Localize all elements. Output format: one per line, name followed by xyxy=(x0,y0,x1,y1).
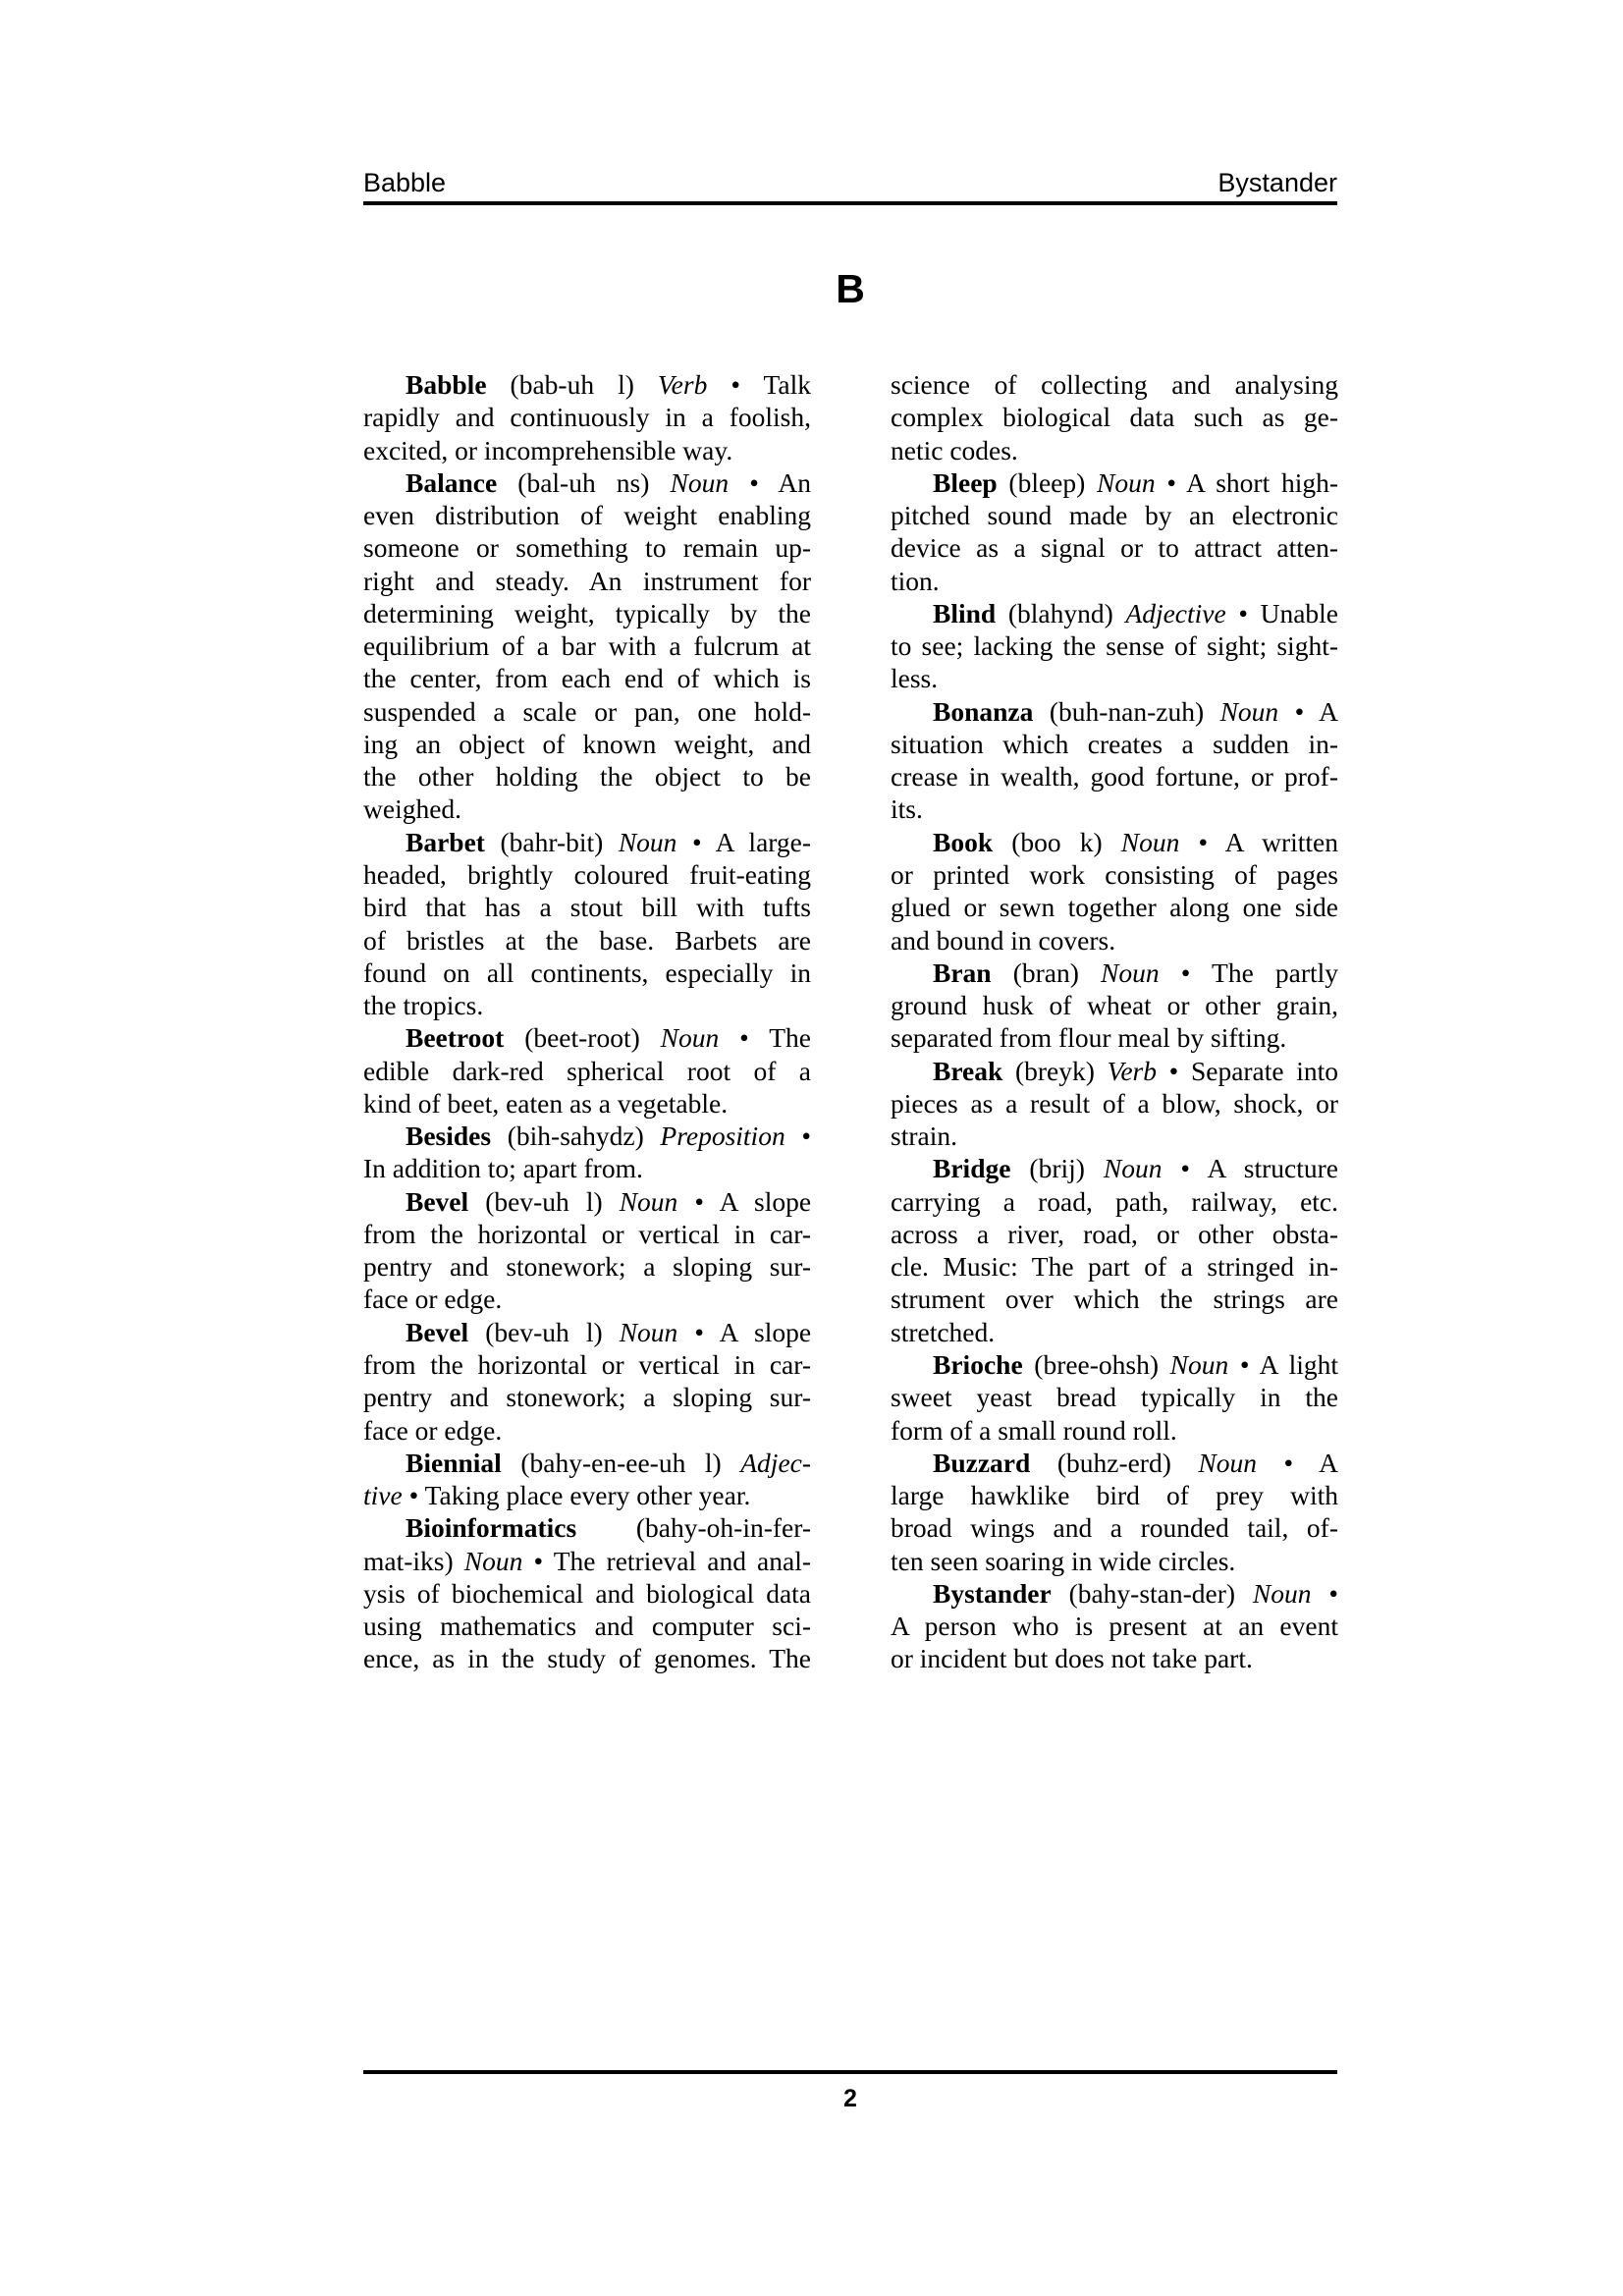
definition-text: Taking place every other year. xyxy=(425,1480,751,1510)
entry-first-line: Bevel (bev-uh l) Noun • A slope xyxy=(363,1185,811,1218)
part-of-speech: Noun xyxy=(1253,1578,1312,1609)
definition-text: broad wings and a rounded tail, of- xyxy=(891,1512,1338,1543)
header-rule xyxy=(363,201,1337,205)
definition-text: Separate into xyxy=(1191,1056,1338,1086)
entry-text-line: carrying a road, path, railway, etc. xyxy=(891,1185,1338,1218)
definition-text: ence, as in the study of genomes. The xyxy=(363,1643,811,1673)
part-of-speech: Noun xyxy=(1097,467,1156,498)
entry-text-line: ysis of biochemical and biological data xyxy=(363,1577,811,1610)
entry-text-line: device as a signal or to attract atten- xyxy=(891,531,1338,564)
headword: Brioche xyxy=(933,1349,1023,1380)
bullet-separator: • xyxy=(1169,1056,1179,1086)
entry-text-line: the center, from each end of which is xyxy=(363,662,811,694)
definition-text: rapidly and continuously in a foolish, xyxy=(363,402,811,432)
entry-first-line: Bran (bran) Noun • The partly xyxy=(891,957,1338,989)
bullet-separator: • xyxy=(1240,1349,1250,1380)
bullet-separator: • xyxy=(409,1480,419,1510)
entry-first-line: Biennial (bahy-en-ee-uh l) Adjec- xyxy=(363,1447,811,1479)
definition-text: A structure xyxy=(1208,1153,1339,1183)
headword: Book xyxy=(933,827,993,857)
entry-first-line: Bleep (bleep) Noun • A short high- xyxy=(891,466,1338,499)
left-column: Babble (bab-uh l) Verb • Talkrapidly and… xyxy=(363,368,811,1675)
definition-text: The xyxy=(769,1022,811,1053)
headword: Buzzard xyxy=(933,1448,1030,1478)
entry-text-line: tion. xyxy=(891,565,1338,597)
definition-text: science of collecting and analysing xyxy=(891,369,1338,400)
definition-text: In addition to; apart from. xyxy=(363,1153,643,1183)
entry-text-line: someone or something to remain up- xyxy=(363,531,811,564)
part-of-speech: Noun xyxy=(661,1022,720,1053)
part-of-speech: Noun xyxy=(1104,1153,1163,1183)
part-of-speech: Noun xyxy=(1170,1349,1229,1380)
part-of-speech: Noun xyxy=(620,1317,678,1347)
bullet-separator: • xyxy=(801,1121,811,1151)
entry-text-line: weighed. xyxy=(363,793,811,825)
part-of-speech: Preposition xyxy=(660,1121,784,1151)
definition-text: carrying a road, path, railway, etc. xyxy=(891,1186,1338,1217)
part-of-speech: Noun xyxy=(671,467,730,498)
entry-first-line: Brioche (bree-ohsh) Noun • A light xyxy=(891,1348,1338,1381)
pronunciation: (buhz-erd) xyxy=(1057,1448,1171,1478)
bullet-separator: • xyxy=(1198,827,1208,857)
bullet-separator: • xyxy=(749,467,759,498)
bullet-separator: • xyxy=(1284,1448,1294,1478)
entry-text-line: crease in wealth, good fortune, or prof- xyxy=(891,760,1338,793)
definition-text: determining weight, typically by the xyxy=(363,598,811,629)
definition-text: kind of beet, eaten as a vegetable. xyxy=(363,1088,728,1119)
headword: Babble xyxy=(406,369,487,400)
entry-text-line: cle. Music: The part of a stringed in- xyxy=(891,1250,1338,1283)
definition-text: glued or sewn together along one side xyxy=(891,892,1338,922)
entry-text-line: pieces as a result of a blow, shock, or xyxy=(891,1087,1338,1120)
entry-text-line: science of collecting and analysing xyxy=(891,368,1338,401)
headword: Break xyxy=(933,1056,1002,1086)
definition-text: face or edge. xyxy=(363,1415,502,1446)
section-letter-heading: B xyxy=(363,267,1337,310)
header-first-word: Babble xyxy=(363,167,446,198)
definition-text: from the horizontal or vertical in car- xyxy=(363,1219,811,1249)
right-column: science of collecting and analysingcompl… xyxy=(891,368,1338,1675)
bullet-separator: • xyxy=(1181,957,1191,988)
definition-text: form of a small round roll. xyxy=(891,1415,1177,1446)
entry-text-line: netic codes. xyxy=(891,434,1338,466)
entry-text-line: situation which creates a sudden in- xyxy=(891,728,1338,760)
entry-first-line: Beetroot (beet-root) Noun • The xyxy=(363,1021,811,1054)
definition-text: using mathematics and computer sci- xyxy=(363,1611,811,1641)
entry-text-line: across a river, road, or other obsta- xyxy=(891,1218,1338,1250)
entry-first-line: Bonanza (buh-nan-zuh) Noun • A xyxy=(891,695,1338,728)
pronunciation: (beet-root) xyxy=(524,1022,640,1053)
entry-text-line: edible dark-red spherical root of a xyxy=(363,1055,811,1087)
definition-text: pentry and stonework; a sloping sur- xyxy=(363,1382,811,1412)
part-of-speech: Noun xyxy=(1121,827,1180,857)
entry-text-line: ground husk of wheat or other grain, xyxy=(891,989,1338,1021)
entry-first-line: Buzzard (buhz-erd) Noun • A xyxy=(891,1447,1338,1479)
entry-text-line: complex biological data such as ge- xyxy=(891,401,1338,433)
entry-text-line: its. xyxy=(891,793,1338,825)
definition-text: A light xyxy=(1260,1349,1338,1380)
pronunciation: (bahy-stan-der) xyxy=(1069,1578,1236,1609)
part-of-speech: Noun xyxy=(1198,1448,1257,1478)
pronunciation: (bih-sahydz) xyxy=(508,1121,644,1151)
definition-text: to see; lacking the sense of sight; sigh… xyxy=(891,630,1338,661)
definition-text: The retrieval and anal- xyxy=(554,1546,811,1576)
entry-text-line: face or edge. xyxy=(363,1283,811,1315)
entry-first-line: Book (boo k) Noun • A written xyxy=(891,826,1338,858)
entry-text-line: suspended a scale or pan, one hold- xyxy=(363,695,811,728)
headword: Bonanza xyxy=(933,696,1033,727)
pronunciation: (bev-uh l) xyxy=(485,1186,602,1217)
definition-text: stretched. xyxy=(891,1317,995,1347)
definition-text: the center, from each end of which is xyxy=(363,663,811,693)
part-of-speech: Noun xyxy=(1101,957,1160,988)
headword: Bridge xyxy=(933,1153,1010,1183)
headword: Blind xyxy=(933,598,996,629)
pronunciation: (bahy-en-ee-uh l) xyxy=(520,1448,721,1478)
definition-text: A slope xyxy=(720,1186,811,1217)
entry-text-line: of bristles at the base. Barbets are xyxy=(363,924,811,957)
part-of-speech: Verb xyxy=(1108,1056,1157,1086)
entry-text-line: A person who is present at an event xyxy=(891,1610,1338,1642)
entry-text-line: from the horizontal or vertical in car- xyxy=(363,1218,811,1250)
bullet-separator: • xyxy=(692,827,702,857)
entry-text-line: broad wings and a rounded tail, of- xyxy=(891,1511,1338,1544)
definition-text: separated from flour meal by sifting. xyxy=(891,1022,1286,1053)
definition-text: A large- xyxy=(716,827,811,857)
headword: Bleep xyxy=(933,467,998,498)
definition-text: ten seen soaring in wide circles. xyxy=(891,1546,1235,1576)
definition-text: crease in wealth, good fortune, or prof- xyxy=(891,761,1338,792)
entry-text-line: excited, or incomprehensible way. xyxy=(363,434,811,466)
part-of-speech: tive xyxy=(363,1480,403,1510)
entry-text-line: In addition to; apart from. xyxy=(363,1152,811,1184)
definition-text: and bound in covers. xyxy=(891,925,1115,956)
entry-text-line: to see; lacking the sense of sight; sigh… xyxy=(891,629,1338,662)
entry-text-line: ence, as in the study of genomes. The xyxy=(363,1642,811,1674)
headword: Bran xyxy=(933,957,992,988)
definition-text: pieces as a result of a blow, shock, or xyxy=(891,1088,1338,1119)
header-last-word: Bystander xyxy=(1217,167,1337,198)
entry-text-line: stretched. xyxy=(891,1316,1338,1348)
entry-text-line: form of a small round roll. xyxy=(891,1414,1338,1447)
definition-text: suspended a scale or pan, one hold- xyxy=(363,696,811,727)
pronunciation: (bahy-oh-in-fer- xyxy=(636,1512,811,1543)
definition-text: of bristles at the base. Barbets are xyxy=(363,925,811,956)
definition-text: tion. xyxy=(891,566,940,596)
definition-text: A xyxy=(1319,1448,1338,1478)
definition-text: someone or something to remain up- xyxy=(363,532,811,563)
entry-text-line: found on all continents, especially in xyxy=(363,957,811,989)
entry-text-line: bird that has a stout bill with tufts xyxy=(363,891,811,923)
entry-text-line: pentry and stonework; a sloping sur- xyxy=(363,1250,811,1283)
entry-text-line: separated from flour meal by sifting. xyxy=(891,1021,1338,1054)
pronunciation: (bleep) xyxy=(1008,467,1085,498)
entry-first-line: Bioinformatics (bahy-oh-in-fer- xyxy=(363,1511,811,1544)
definition-text: less. xyxy=(891,663,938,693)
definition-text: ground husk of wheat or other grain, xyxy=(891,990,1338,1020)
entry-text-line: sweet yeast bread typically in the xyxy=(891,1381,1338,1413)
part-of-speech: Adjec- xyxy=(740,1448,811,1478)
footer-rule xyxy=(363,2070,1337,2074)
entry-text-line: or printed work consisting of pages xyxy=(891,858,1338,891)
part-of-speech: Noun xyxy=(619,827,677,857)
pronunciation: (bree-ohsh) xyxy=(1034,1349,1159,1380)
bullet-separator: • xyxy=(1238,598,1248,629)
part-of-speech: Noun xyxy=(464,1546,523,1576)
headword: Bevel xyxy=(406,1186,468,1217)
entry-text-line: even distribution of weight enabling xyxy=(363,499,811,531)
bullet-separator: • xyxy=(1180,1153,1190,1183)
bullet-separator: • xyxy=(694,1317,704,1347)
entry-text-line: from the horizontal or vertical in car- xyxy=(363,1348,811,1381)
definition-text: pitched sound made by an electronic xyxy=(891,500,1338,530)
part-of-speech: Noun xyxy=(1220,696,1279,727)
running-header: Babble Bystander xyxy=(363,167,1337,198)
definition-text: face or edge. xyxy=(363,1284,502,1314)
entry-text-line: ing an object of known weight, and xyxy=(363,728,811,760)
entry-first-line: Bevel (bev-uh l) Noun • A slope xyxy=(363,1316,811,1348)
definition-text: or printed work consisting of pages xyxy=(891,859,1338,890)
headword: Biennial xyxy=(406,1448,502,1478)
definition-text: edible dark-red spherical root of a xyxy=(363,1056,811,1086)
definition-text: from the horizontal or vertical in car- xyxy=(363,1349,811,1380)
entry-text-line: ten seen soaring in wide circles. xyxy=(891,1545,1338,1577)
definition-text: The partly xyxy=(1212,957,1338,988)
entry-first-line: Babble (bab-uh l) Verb • Talk xyxy=(363,368,811,401)
entry-text-line: and bound in covers. xyxy=(891,924,1338,957)
pronunciation: (blahynd) xyxy=(1008,598,1113,629)
entry-text-line: kind of beet, eaten as a vegetable. xyxy=(363,1087,811,1120)
entry-text-line: face or edge. xyxy=(363,1414,811,1447)
bullet-separator: • xyxy=(730,369,740,400)
pronunciation: (breyk) xyxy=(1015,1056,1095,1086)
definition-text: A slope xyxy=(720,1317,811,1347)
definition-text: Talk xyxy=(764,369,811,400)
entry-text-line: tive • Taking place every other year. xyxy=(363,1479,811,1511)
definition-text: the tropics. xyxy=(363,990,483,1020)
definition-text: An xyxy=(778,467,811,498)
definition-text: bird that has a stout bill with tufts xyxy=(363,892,811,922)
entry-text-line: rapidly and continuously in a foolish, xyxy=(363,401,811,433)
pronunciation: (bal-uh ns) xyxy=(517,467,649,498)
definition-text: cle. Music: The part of a stringed in- xyxy=(891,1251,1338,1282)
entry-first-line: Bridge (brij) Noun • A structure xyxy=(891,1152,1338,1184)
entry-text-line: mat-iks) Noun • The retrieval and anal- xyxy=(363,1545,811,1577)
entry-text-line: less. xyxy=(891,662,1338,694)
entry-text-line: glued or sewn together along one side xyxy=(891,891,1338,923)
definition-text: large hawklike bird of prey with xyxy=(891,1480,1338,1510)
part-of-speech: Verb xyxy=(658,369,707,400)
entry-text-line: pitched sound made by an electronic xyxy=(891,499,1338,531)
entry-text-line: equilibrium of a bar with a fulcrum at xyxy=(363,629,811,662)
definition-text: or incident but does not take part. xyxy=(891,1643,1253,1673)
definition-text: Unable xyxy=(1261,598,1338,629)
entry-text-line: headed, brightly coloured fruit-eating xyxy=(363,858,811,891)
definition-text: even distribution of weight enabling xyxy=(363,500,811,530)
definition-text: ysis of biochemical and biological data xyxy=(363,1578,811,1609)
definition-text: weighed. xyxy=(363,793,461,824)
definition-text: the other holding the object to be xyxy=(363,761,811,792)
entry-text-line: or incident but does not take part. xyxy=(891,1642,1338,1674)
definition-text: device as a signal or to attract atten- xyxy=(891,532,1338,563)
entry-first-line: Besides (bih-sahydz) Preposition • xyxy=(363,1120,811,1152)
definition-text: pentry and stonework; a sloping sur- xyxy=(363,1251,811,1282)
entry-text-line: using mathematics and computer sci- xyxy=(363,1610,811,1642)
entry-first-line: Blind (blahynd) Adjective • Unable xyxy=(891,597,1338,629)
headword: Bioinformatics xyxy=(406,1512,576,1543)
page-number: 2 xyxy=(363,2084,1337,2113)
definition-text: equilibrium of a bar with a fulcrum at xyxy=(363,630,811,661)
headword: Barbet xyxy=(406,827,485,857)
entry-first-line: Balance (bal-uh ns) Noun • An xyxy=(363,466,811,499)
pronunciation: (bahr-bit) xyxy=(500,827,603,857)
entry-first-line: Bystander (bahy-stan-der) Noun • xyxy=(891,1577,1338,1610)
part-of-speech: Adjective xyxy=(1125,598,1225,629)
definition-text: ing an object of known weight, and xyxy=(363,729,811,759)
definition-text: A written xyxy=(1225,827,1338,857)
headword: Balance xyxy=(406,467,497,498)
bullet-separator: • xyxy=(1328,1578,1338,1609)
definition-text: complex biological data such as ge- xyxy=(891,402,1338,432)
bullet-separator: • xyxy=(1166,467,1176,498)
entry-text-line: large hawklike bird of prey with xyxy=(891,1479,1338,1511)
definition-text: across a river, road, or other obsta- xyxy=(891,1219,1338,1249)
dictionary-page: Babble Bystander B Babble (bab-uh l) Ver… xyxy=(0,0,1623,2296)
definition-text: A person who is present at an event xyxy=(891,1611,1338,1641)
entry-text-line: strain. xyxy=(891,1120,1338,1152)
pronunciation: (buh-nan-zuh) xyxy=(1050,696,1204,727)
headword: Bystander xyxy=(933,1578,1052,1609)
pronunciation: (bran) xyxy=(1013,957,1079,988)
entry-text-line: pentry and stonework; a sloping sur- xyxy=(363,1381,811,1413)
definition-text: excited, or incomprehensible way. xyxy=(363,435,732,465)
entry-text-line: right and steady. An instrument for xyxy=(363,565,811,597)
entry-text-line: strument over which the strings are xyxy=(891,1283,1338,1315)
headword: Beetroot xyxy=(406,1022,504,1053)
entry-text-line: the tropics. xyxy=(363,989,811,1021)
entry-first-line: Break (breyk) Verb • Separate into xyxy=(891,1055,1338,1087)
bullet-separator: • xyxy=(1295,696,1305,727)
definition-text: situation which creates a sudden in- xyxy=(891,729,1338,759)
pronunciation: (bev-uh l) xyxy=(485,1317,602,1347)
entry-text-line: determining weight, typically by the xyxy=(363,597,811,629)
headword: Bevel xyxy=(406,1317,468,1347)
definition-text: headed, brightly coloured fruit-eating xyxy=(363,859,811,890)
part-of-speech: Noun xyxy=(620,1186,678,1217)
definition-text: strain. xyxy=(891,1121,957,1151)
definition-text: found on all continents, especially in xyxy=(363,957,811,988)
definition-text: right and steady. An instrument for xyxy=(363,566,811,596)
pronunciation: mat-iks) xyxy=(363,1546,454,1576)
pronunciation: (brij) xyxy=(1029,1153,1085,1183)
bullet-separator: • xyxy=(533,1546,543,1576)
definition-text: strument over which the strings are xyxy=(891,1284,1338,1314)
entry-text-line: the other holding the object to be xyxy=(363,760,811,793)
entry-first-line: Barbet (bahr-bit) Noun • A large- xyxy=(363,826,811,858)
headword: Besides xyxy=(406,1121,491,1151)
pronunciation: (boo k) xyxy=(1011,827,1102,857)
definition-text: netic codes. xyxy=(891,435,1018,465)
definition-text: its. xyxy=(891,793,923,824)
definition-text: A xyxy=(1319,696,1338,727)
bullet-separator: • xyxy=(694,1186,704,1217)
definition-text: A short high- xyxy=(1186,467,1338,498)
bullet-separator: • xyxy=(739,1022,749,1053)
pronunciation: (bab-uh l) xyxy=(511,369,634,400)
definition-text: sweet yeast bread typically in the xyxy=(891,1382,1338,1412)
